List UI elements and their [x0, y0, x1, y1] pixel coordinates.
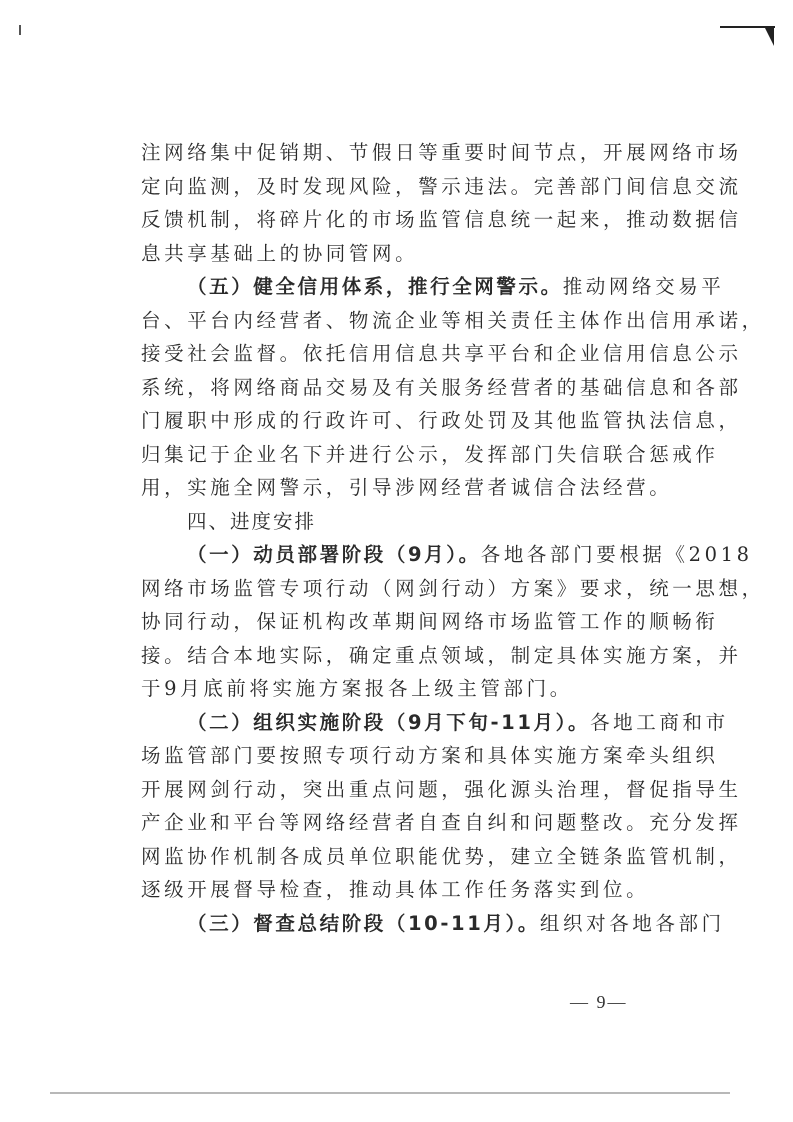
text-line-lead: （五）健全信用体系，推行全网警示。推动网络交易平	[141, 270, 657, 304]
text-line: 反馈机制，将碎片化的市场监管信息统一起来，推动数据信	[141, 203, 657, 237]
section-heading: 四、进度安排	[141, 505, 657, 539]
text-line: 台、平台内经营者、物流企业等相关责任主体作出信用承诺，	[141, 304, 657, 338]
paragraph-bold-lead: （二）组织实施阶段（9月下旬-11月）。	[187, 711, 590, 734]
text-line: 用，实施全网警示，引导涉网经营者诚信合法经营。	[141, 471, 657, 505]
text-line: 网监协作机制各成员单位职能优势，建立全链条监管机制，	[141, 840, 657, 874]
footer-rule-divider	[50, 1092, 730, 1094]
text-line: 息共享基础上的协同管网。	[141, 237, 657, 271]
paragraph-stage-2: （二）组织实施阶段（9月下旬-11月）。各地工商和市 场监管部门要按照专项行动方…	[141, 706, 657, 907]
text-run: 各地工商和市	[590, 711, 729, 734]
paragraph-bold-lead: （三）督查总结阶段（10-11月）。	[187, 912, 540, 935]
text-line: 产企业和平台等网络经营者自查自纠和问题整改。充分发挥	[141, 806, 657, 840]
text-run: 推动网络交易平	[563, 275, 725, 298]
text-line: 定向监测，及时发现风险，警示违法。完善部门间信息交流	[141, 170, 657, 204]
text-line-lead: （一）动员部署阶段（9月）。各地各部门要根据《2018	[141, 538, 657, 572]
page-number: — 9—	[570, 992, 628, 1013]
text-line: 协同行动，保证机构改革期间网络市场监管工作的顺畅衔	[141, 605, 657, 639]
document-body: 注网络集中促销期、节假日等重要时间节点，开展网络市场 定向监测，及时发现风险，警…	[141, 136, 657, 940]
text-run: 各地各部门要根据《2018	[481, 543, 753, 566]
text-line: 逐级开展督导检查，推动具体工作任务落实到位。	[141, 873, 657, 907]
text-line-lead: （三）督查总结阶段（10-11月）。组织对各地各部门	[141, 907, 657, 941]
text-line: 系统，将网络商品交易及有关服务经营者的基础信息和各部	[141, 371, 657, 405]
paragraph-section-5: （五）健全信用体系，推行全网警示。推动网络交易平 台、平台内经营者、物流企业等相…	[141, 270, 657, 505]
text-run: 组织对各地各部门	[540, 912, 725, 935]
paragraph-bold-lead: （五）健全信用体系，推行全网警示。	[187, 275, 563, 298]
text-line: 归集记于企业名下并进行公示，发挥部门失信联合惩戒作	[141, 438, 657, 472]
text-line: 注网络集中促销期、节假日等重要时间节点，开展网络市场	[141, 136, 657, 170]
paragraph-stage-1: （一）动员部署阶段（9月）。各地各部门要根据《2018 网络市场监管专项行动（网…	[141, 538, 657, 706]
paragraph-stage-3: （三）督查总结阶段（10-11月）。组织对各地各部门	[141, 907, 657, 941]
text-line: 接受社会监督。依托信用信息共享平台和企业信用信息公示	[141, 337, 657, 371]
section-heading-4: 四、进度安排	[141, 505, 657, 539]
paragraph-bold-lead: （一）动员部署阶段（9月）。	[187, 543, 481, 566]
text-line: 场监管部门要按照专项行动方案和具体实施方案牵头组织	[141, 739, 657, 773]
text-line: 开展网剑行动，突出重点问题，强化源头治理，督促指导生	[141, 773, 657, 807]
text-line-lead: （二）组织实施阶段（9月下旬-11月）。各地工商和市	[141, 706, 657, 740]
text-line: 于9月底前将实施方案报各上级主管部门。	[141, 672, 657, 706]
text-line: 门履职中形成的行政许可、行政处罚及其他监管执法信息，	[141, 404, 657, 438]
paragraph-continued: 注网络集中促销期、节假日等重要时间节点，开展网络市场 定向监测，及时发现风险，警…	[141, 136, 657, 270]
text-line: 网络市场监管专项行动（网剑行动）方案》要求，统一思想，	[141, 572, 657, 606]
scan-corner-mark-top-left	[19, 25, 21, 35]
scan-corner-mark-top-right	[764, 26, 774, 46]
text-line: 接。结合本地实际，确定重点领域，制定具体实施方案，并	[141, 639, 657, 673]
